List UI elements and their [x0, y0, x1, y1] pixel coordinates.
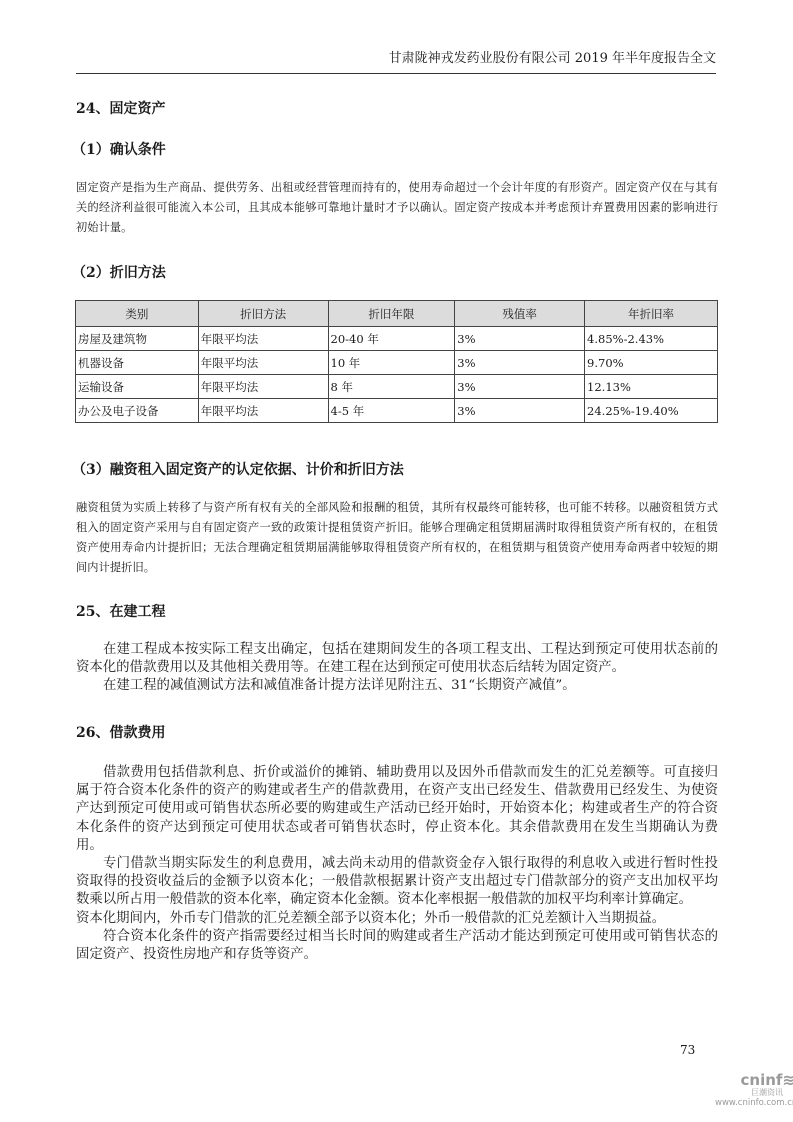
table-header-row: 类别 折旧方法 折旧年限 残值率 年折旧率 — [76, 301, 718, 327]
cell-rate: 9.70% — [585, 351, 718, 375]
cell-residual: 3% — [455, 375, 585, 399]
cell-method: 年限平均法 — [198, 351, 328, 375]
cell-category: 运输设备 — [76, 375, 199, 399]
logo-cn-text: 巨潮资讯 — [715, 1088, 783, 1098]
col-header-rate: 年折旧率 — [585, 301, 718, 327]
section-25-paragraph: 在建工程的减值测试方法和减值准备计提方法详见附注五、31“长期资产减值”。 — [76, 677, 718, 695]
col-header-years: 折旧年限 — [328, 301, 455, 327]
logo-brand: cninf≋ — [715, 1073, 793, 1088]
section-24-3-heading: （3）融资租入固定资产的认定依据、计价和折旧方法 — [72, 459, 404, 479]
page-number: 73 — [680, 1043, 695, 1057]
depreciation-table: 类别 折旧方法 折旧年限 残值率 年折旧率 房屋及建筑物 年限平均法 20-40… — [75, 300, 718, 423]
report-title: 甘肃陇神戎发药业股份有限公司 2019 年半年度报告全文 — [389, 51, 716, 66]
table-row: 房屋及建筑物 年限平均法 20-40 年 3% 4.85%-2.43% — [76, 327, 718, 351]
cell-residual: 3% — [455, 327, 585, 351]
col-header-residual: 残值率 — [455, 301, 585, 327]
cell-years: 10 年 — [328, 351, 455, 375]
section-26-paragraph: 资本化期间内，外币专门借款的汇兑差额全部予以资本化；外币一般借款的汇兑差额计入当… — [76, 910, 718, 928]
cell-rate: 4.85%-2.43% — [585, 327, 718, 351]
cell-years: 20-40 年 — [328, 327, 455, 351]
cninfo-logo: cninf≋ 巨潮资讯 www.cninfo.com.cn — [715, 1073, 793, 1108]
section-25-body: 在建工程成本按实际工程支出确定，包括在建期间发生的各项工程支出、工程达到预定可使… — [76, 641, 718, 696]
section-24-3-text: 融资租赁为实质上转移了与资产所有权有关的全部风险和报酬的租赁，其所有权最终可能转… — [76, 498, 718, 578]
cell-residual: 3% — [455, 399, 585, 423]
section-26-paragraph: 专门借款当期实际发生的利息费用，减去尚未动用的借款资金存入银行取得的利息收入或进… — [76, 855, 718, 910]
section-25-heading: 25、在建工程 — [76, 601, 165, 621]
col-header-method: 折旧方法 — [198, 301, 328, 327]
table-row: 机器设备 年限平均法 10 年 3% 9.70% — [76, 351, 718, 375]
cell-rate: 12.13% — [585, 375, 718, 399]
cell-rate: 24.25%-19.40% — [585, 399, 718, 423]
table-row: 办公及电子设备 年限平均法 4-5 年 3% 24.25%-19.40% — [76, 399, 718, 423]
section-26-paragraph: 符合资本化条件的资产指需要经过相当长时间的购建或者生产活动才能达到预定可使用或可… — [76, 928, 718, 964]
cell-years: 4-5 年 — [328, 399, 455, 423]
cell-category: 机器设备 — [76, 351, 199, 375]
cell-years: 8 年 — [328, 375, 455, 399]
section-24-1-heading: （1）确认条件 — [72, 139, 166, 159]
col-header-category: 类别 — [76, 301, 199, 327]
section-26-paragraph: 借款费用包括借款利息、折价或溢价的摊销、辅助费用以及因外币借款而发生的汇兑差额等… — [76, 764, 718, 855]
cell-method: 年限平均法 — [198, 375, 328, 399]
cell-category: 办公及电子设备 — [76, 399, 199, 423]
section-26-body: 借款费用包括借款利息、折价或溢价的摊销、辅助费用以及因外币借款而发生的汇兑差额等… — [76, 764, 718, 964]
section-26-heading: 26、借款费用 — [76, 722, 165, 742]
section-24-2-heading: （2）折旧方法 — [72, 262, 166, 282]
cell-method: 年限平均法 — [198, 399, 328, 423]
cell-category: 房屋及建筑物 — [76, 327, 199, 351]
page-header: 甘肃陇神戎发药业股份有限公司 2019 年半年度报告全文 — [76, 49, 716, 74]
section-24-heading: 24、固定资产 — [76, 98, 165, 118]
section-24-1-text: 固定资产是指为生产商品、提供劳务、出租或经营管理而持有的，使用寿命超过一个会计年… — [76, 178, 718, 238]
section-25-paragraph: 在建工程成本按实际工程支出确定，包括在建期间发生的各项工程支出、工程达到预定可使… — [76, 641, 718, 677]
cell-residual: 3% — [455, 351, 585, 375]
table-row: 运输设备 年限平均法 8 年 3% 12.13% — [76, 375, 718, 399]
cell-method: 年限平均法 — [198, 327, 328, 351]
logo-url: www.cninfo.com.cn — [715, 1098, 793, 1108]
logo-mark-icon: ≋ — [782, 1071, 793, 1089]
